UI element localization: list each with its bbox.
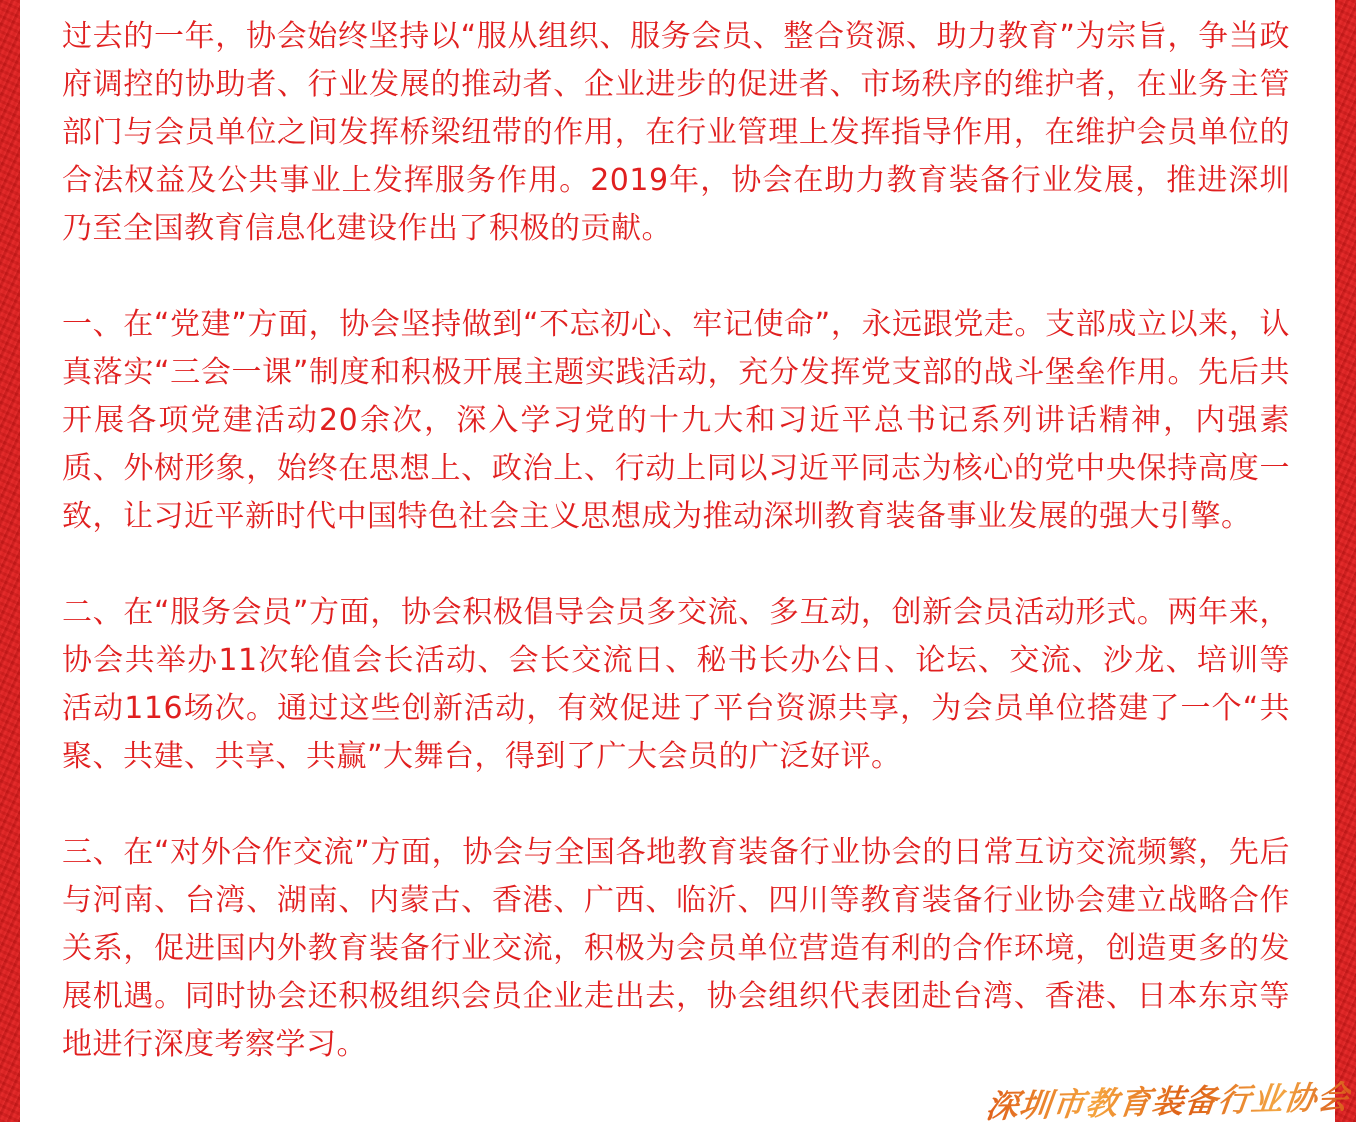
paragraph-member-service: 二、在“服务会员”方面，协会积极倡导会员多交流、多互动，创新会员活动形式。两年来… [62, 589, 1290, 781]
paragraph-party-building: 一、在“党建”方面，协会坚持做到“不忘初心、牢记使命”，永远跟党走。支部成立以来… [62, 301, 1290, 541]
association-signature-watermark: 深圳市教育装备行业协会 [984, 1072, 1353, 1122]
paragraph-external-cooperation: 三、在“对外合作交流”方面，协会与全国各地教育装备行业协会的日常互访交流频繁，先… [62, 829, 1290, 1069]
paragraph-annual-overview: 过去的一年，协会始终坚持以“服从组织、服务会员、整合资源、助力教育”为宗旨，争当… [62, 13, 1290, 253]
document-body: 过去的一年，协会始终坚持以“服从组织、服务会员、整合资源、助力教育”为宗旨，争当… [62, 13, 1290, 1069]
right-border-decoration [1335, 0, 1356, 1122]
left-border-decoration [0, 0, 20, 1122]
